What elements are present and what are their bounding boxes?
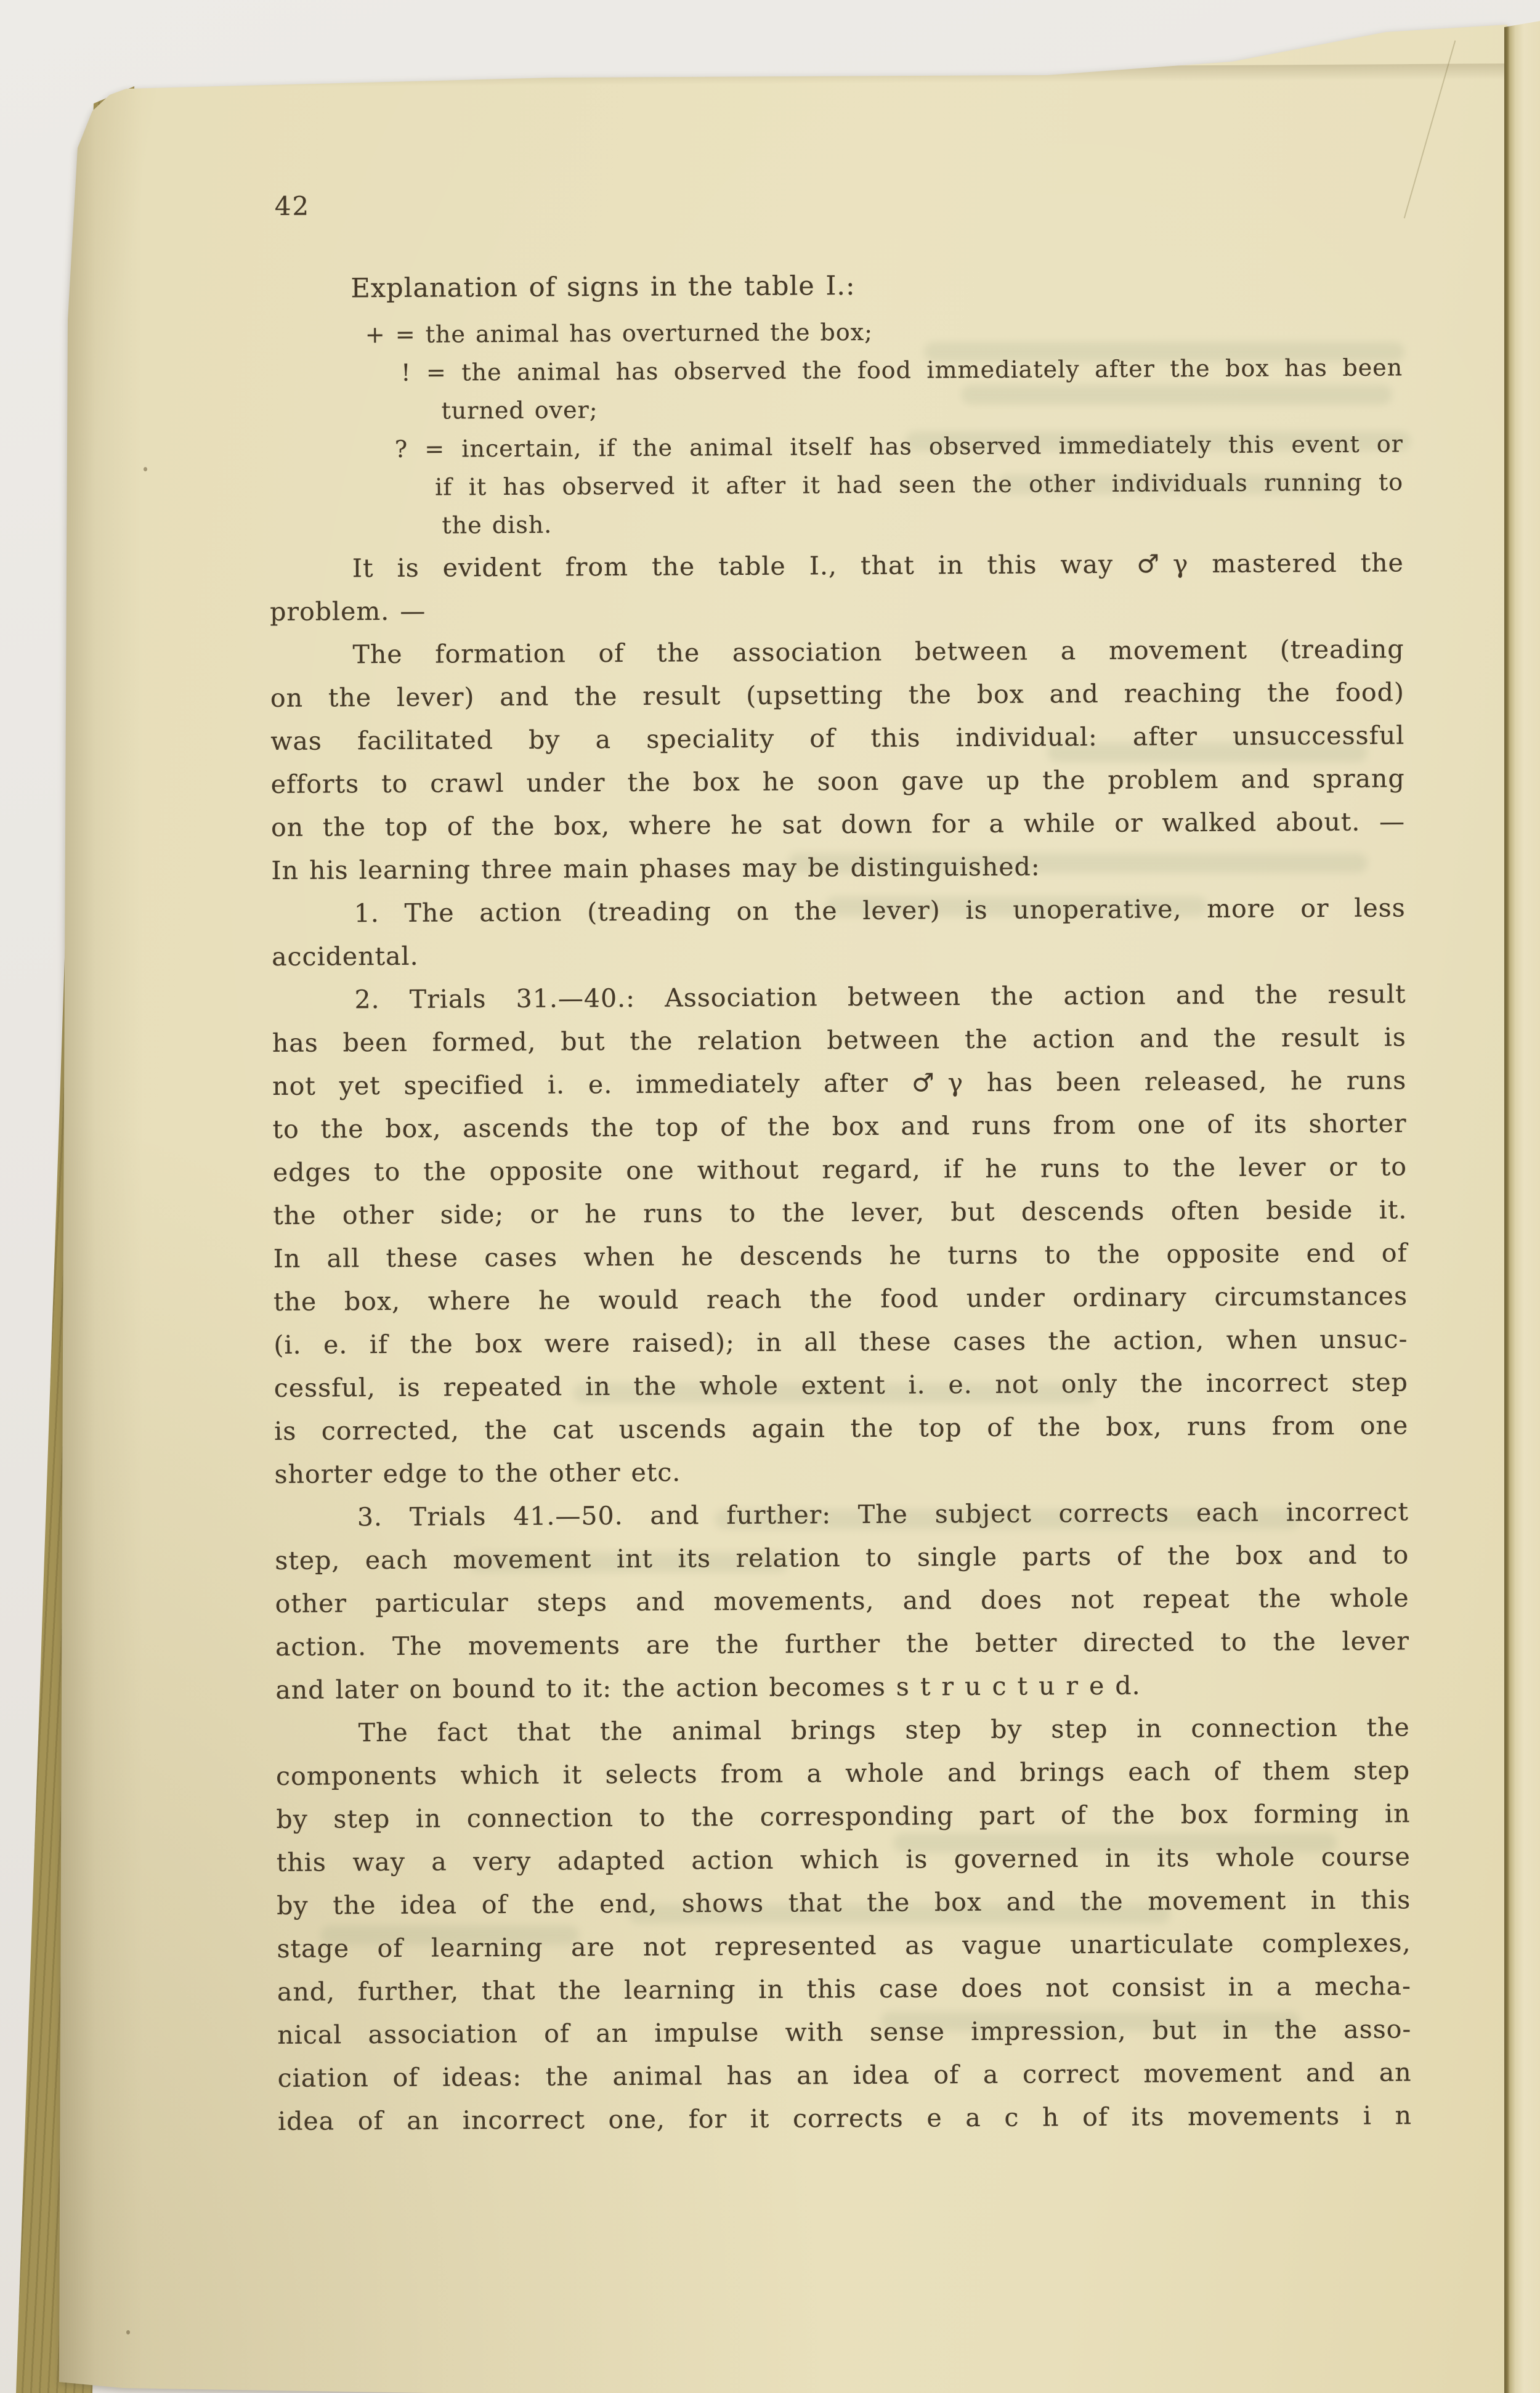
text-line: efforts to crawl under the box he soon g… [271,764,1405,799]
text-line: nical association of an impulse with sen… [277,2015,1411,2050]
text-line: this way a very adapted action which is … [277,1842,1411,1877]
text-line: accidental. [272,936,1406,972]
text-line: In all these cases when he descends he t… [274,1238,1408,1274]
book-page: 42 Explanation of signs in the table I.:… [0,0,1540,2393]
scanned-book-photo: { "colors": { "ink": "#463a29", "paper":… [0,0,1540,2393]
text-line: not yet specified i. e. immediately afte… [272,1066,1406,1101]
text-line: It is evident from the table I., that in… [270,548,1404,583]
text-line: on the top of the box, where he sat down… [271,807,1405,842]
book-page-wrap: 42 Explanation of signs in the table I.:… [0,0,1540,2393]
text-line: action. The movements are the further th… [275,1627,1409,1662]
text-line: 2. Trials 31.—40.: Association between t… [272,980,1406,1015]
legend-line-plus: + = the animal has overturned the box; [269,316,1403,349]
legend-line-exclamation-cont: turned over; [269,392,1403,425]
text-line: on the lever) and the result (upsetting … [270,678,1404,713]
text-line: and, further, that the learning in this … [277,1972,1411,2007]
text-line: The fact that the animal brings step by … [276,1713,1410,1748]
text-line: by the idea of the end, shows that the b… [277,1885,1411,1920]
legend-line-question-cont: if it has observed it after it had seen … [269,469,1403,502]
legend-line-question-end: the dish. [269,507,1403,540]
text-line: the other side; or he runs to the lever,… [273,1195,1407,1230]
text-line: ciation of ideas: the animal has an idea… [278,2058,1412,2093]
text-line: components which it selects from a whole… [276,1756,1410,1791]
text-layer: 42 Explanation of signs in the table I.:… [0,0,1540,2393]
text-line: was facilitated by a speciality of this … [270,721,1404,756]
text-line: has been formed, but the relation betwee… [272,1023,1406,1058]
text-line: (i. e. if the box were raised); in all t… [274,1325,1408,1360]
text-line: and later on bound to it: the action bec… [275,1670,1409,1705]
text-line: is corrected, the cat uscends again the … [274,1411,1408,1446]
text-line: idea of an incorrect one, for it correct… [278,2101,1412,2136]
text-line: by step in connection to the correspondi… [276,1799,1410,1834]
text-line: the box, where he would reach the food u… [274,1282,1408,1317]
text-line: 1. The action (treading on the lever) is… [272,893,1406,928]
text-line: step, each movement int its relation to … [275,1540,1409,1575]
legend-line-exclamation: ! = the animal has observed the food imm… [269,354,1403,387]
text-line: stage of learning are not represented as… [277,1928,1411,1964]
heading-line: Explanation of signs in the table I.: [268,268,1402,304]
text-line: The formation of the association between… [270,635,1404,670]
text-line: problem. — [270,591,1404,627]
next-page-edge [1504,0,1540,2393]
text-line: other particular steps and movements, an… [275,1583,1409,1619]
text-line: to the box, ascends the top of the box a… [272,1109,1406,1144]
text-line: 3. Trials 41.—50. and further: The subje… [275,1497,1409,1532]
text-line: edges to the opposite one without regard… [273,1152,1407,1187]
text-line: In his learning three main phases may be… [271,850,1405,885]
text-line: shorter edge to the other etc. [274,1454,1408,1489]
text-line: cessful, is repeated in the whole extent… [274,1368,1408,1403]
legend-line-question: ? = incertain, if the animal itself has … [269,431,1403,463]
page-number: 42 [275,192,310,221]
